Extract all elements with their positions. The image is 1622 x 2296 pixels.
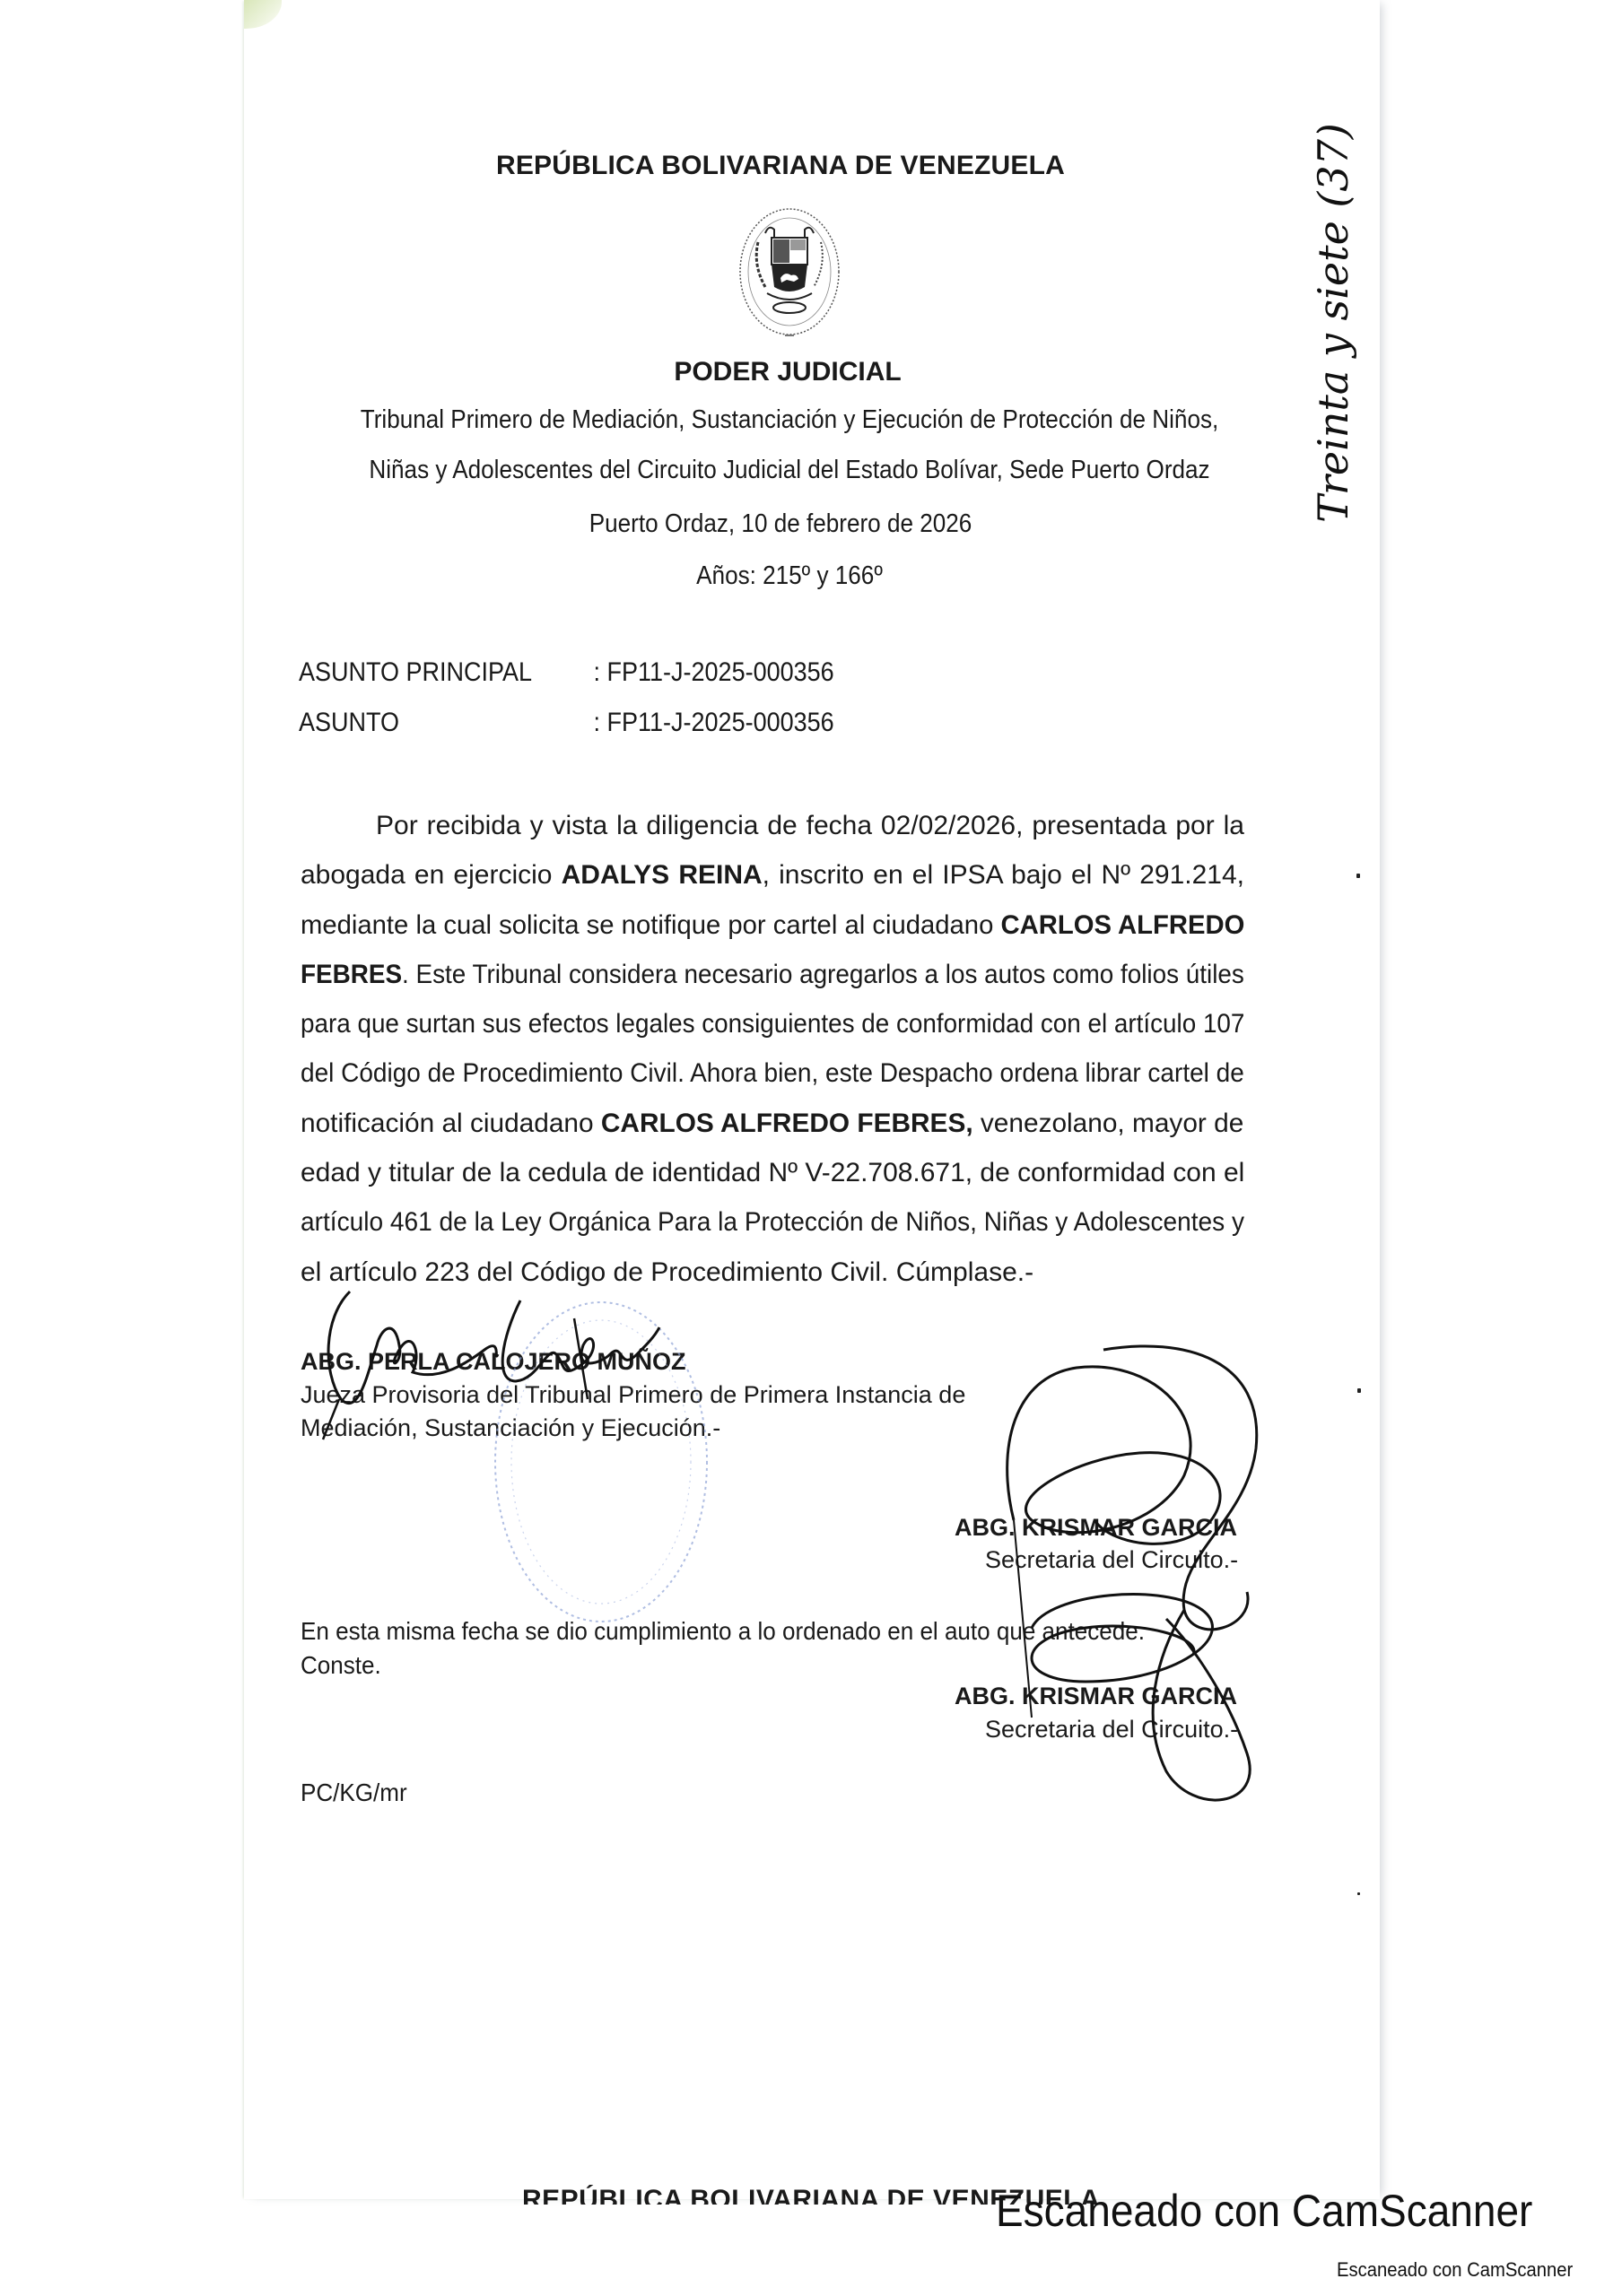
case-label: ASUNTO PRINCIPAL — [299, 657, 594, 688]
paragraph-line: edad y titular de la cedula de identidad… — [301, 1148, 1243, 1197]
text-run: del Código de Procedimiento Civil. Ahora… — [301, 1058, 1244, 1088]
case-row-principal: ASUNTO PRINCIPAL: FP11-J-2025-000356 — [299, 657, 834, 688]
case-number: : FP11-J-2025-000356 — [594, 657, 834, 688]
tribunal-name-line-1: Tribunal Primero de Mediación, Sustancia… — [361, 405, 1219, 435]
bold-name: CARLOS ALFREDO FEBRES, — [601, 1109, 973, 1138]
judge-title-line-2: Mediación, Sustanciación y Ejecución.- — [301, 1414, 720, 1442]
text-run: para que surtan sus efectos legales cons… — [301, 1009, 1244, 1039]
scan-speck — [1357, 1892, 1360, 1895]
document-years: Años: 215º y 166º — [696, 561, 883, 591]
camscanner-watermark-small: Escaneado con CamScanner — [1337, 2258, 1573, 2282]
paragraph-line: abogada en ejercicio ADALYS REINA, inscr… — [301, 850, 1244, 900]
paragraph-line: Por recibida y vista la diligencia de fe… — [301, 801, 1244, 850]
case-label: ASUNTO — [299, 708, 594, 738]
text-run: artículo 461 de la Ley Orgánica Para la … — [301, 1207, 1244, 1237]
text-run: . Este Tribunal considera necesario agre… — [402, 960, 1244, 989]
country-heading: REPÚBLICA BOLIVARIANA DE VENEZUELA — [496, 151, 1065, 181]
judge-name: ABG. PERLA CALOJERO MUÑOZ — [301, 1348, 686, 1376]
text-run: abogada en ejercicio — [301, 860, 562, 890]
text-run: notificación al ciudadano — [301, 1109, 601, 1138]
text-run: edad y titular de la cedula de identidad… — [301, 1158, 1244, 1187]
secretary-name-2: ABG. KRISMAR GARCIA — [955, 1683, 1237, 1710]
reference-initials: PC/KG/mr — [301, 1779, 407, 1807]
paragraph-line: notificación al ciudadano CARLOS ALFREDO… — [301, 1099, 1239, 1148]
compliance-note: En esta misma fecha se dio cumplimiento … — [301, 1617, 1145, 1646]
paragraph-line: del Código de Procedimiento Civil. Ahora… — [301, 1048, 1182, 1098]
document-date: Puerto Ordaz, 10 de febrero de 2026 — [589, 509, 972, 539]
secretary-title-2: Secretaria del Circuito.- — [985, 1716, 1238, 1744]
scan-speck — [1357, 1388, 1361, 1393]
conste-note: Conste. — [301, 1651, 381, 1680]
judge-title-line-1: Jueza Provisoria del Tribunal Primero de… — [301, 1381, 965, 1409]
text-run: el artículo 223 del Código de Procedimie… — [301, 1257, 1033, 1287]
paragraph-line: el artículo 223 del Código de Procedimie… — [301, 1248, 1244, 1297]
coat-of-arms-seal-icon — [731, 202, 848, 345]
margin-folio-note: Treinta y siete (37) — [1283, 99, 1391, 547]
scan-speck — [1356, 874, 1360, 878]
paragraph-line: para que surtan sus efectos legales cons… — [301, 999, 1176, 1048]
svg-text:Treinta y siete (37): Treinta y siete (37) — [1309, 123, 1357, 523]
order-paragraph: Por recibida y vista la diligencia de fe… — [301, 801, 1244, 1297]
bold-name: ADALYS REINA — [562, 860, 763, 890]
branch-heading: PODER JUDICIAL — [674, 357, 901, 387]
text-run: mediante la cual solicita se notifique p… — [301, 910, 1000, 940]
paragraph-line: mediante la cual solicita se notifique p… — [301, 900, 1221, 950]
paragraph-line: FEBRES. Este Tribunal considera necesari… — [301, 950, 1177, 999]
case-row-asunto: ASUNTO: FP11-J-2025-000356 — [299, 708, 834, 738]
secretary-title: Secretaria del Circuito.- — [985, 1546, 1238, 1574]
bold-name: CARLOS ALFREDO — [1000, 910, 1244, 940]
case-number: : FP11-J-2025-000356 — [594, 708, 834, 738]
paragraph-line: artículo 461 de la Ley Orgánica Para la … — [301, 1197, 1184, 1247]
text-run: venezolano, mayor de — [973, 1109, 1244, 1138]
text-run: Por recibida y vista la diligencia de fe… — [376, 811, 1244, 840]
secretary-name: ABG. KRISMAR GARCIA — [955, 1514, 1237, 1542]
camscanner-watermark-large: Escaneado con CamScanner — [996, 2185, 1532, 2237]
tribunal-name-line-2: Niñas y Adolescentes del Circuito Judici… — [369, 456, 1209, 485]
text-run: , inscrito en el IPSA bajo el Nº 291.214… — [763, 860, 1244, 890]
bold-name: FEBRES — [301, 960, 402, 989]
